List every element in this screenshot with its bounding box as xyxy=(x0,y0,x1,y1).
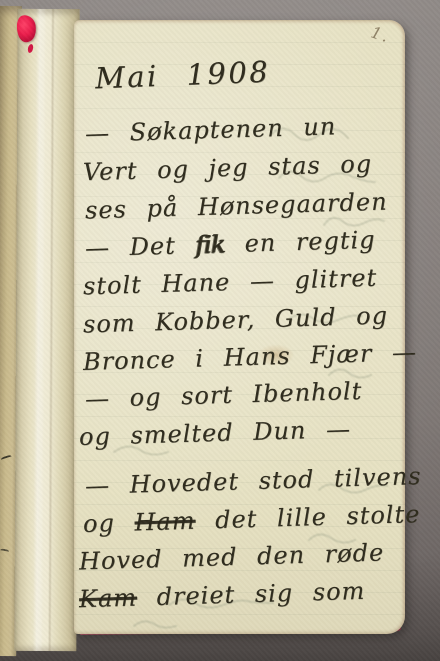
manuscript-struck-word: Kam xyxy=(79,584,138,614)
manuscript-heading: Mai 1908 xyxy=(94,55,270,96)
manuscript-text: Vert og jeg stas og xyxy=(83,150,373,187)
manuscript-text: — Det xyxy=(85,231,196,262)
notebook-page: 1. Mai 1908 — Søkaptenen un Vert og jeg … xyxy=(74,20,405,634)
manuscript-overwritten-word: fik xyxy=(195,230,225,259)
manuscript-line: og Ham det lille stolte xyxy=(83,500,421,538)
page-block-gutter xyxy=(14,9,79,651)
manuscript-line: — Det fik en regtig xyxy=(85,226,376,263)
manuscript-text: en regtig xyxy=(225,226,376,258)
manuscript-line: Bronce i Hans Fjær — xyxy=(83,338,418,376)
manuscript-struck-word: Ham xyxy=(134,507,196,537)
manuscript-line: Vert og jeg stas og xyxy=(83,150,373,187)
manuscript-line: — Søkaptenen un xyxy=(85,112,337,147)
manuscript-text: og xyxy=(83,508,135,538)
manuscript-line: Hoved med den røde xyxy=(79,538,385,575)
manuscript: Mai 1908 — Søkaptenen un Vert og jeg sta… xyxy=(74,20,405,634)
manuscript-text: Bronce i Hans Fjær — xyxy=(83,338,418,376)
manuscript-text: og smelted Dun — xyxy=(79,415,352,451)
manuscript-text: — Hovedet stod tilvens xyxy=(85,462,422,500)
notebook-photo: 1. Mai 1908 — Søkaptenen un Vert og jeg … xyxy=(0,0,440,661)
manuscript-text: — Søkaptenen un xyxy=(85,112,337,147)
manuscript-line: som Kobber, Guld og xyxy=(83,301,389,338)
manuscript-text: Mai 1908 xyxy=(94,55,270,96)
manuscript-text: — og sort Ibenholt xyxy=(85,377,363,413)
manuscript-line: og smelted Dun — xyxy=(79,415,352,451)
manuscript-text: Hoved med den røde xyxy=(79,538,385,575)
manuscript-line: Kam dreiet sig som xyxy=(79,577,366,613)
manuscript-line: — Hovedet stod tilvens xyxy=(85,462,422,500)
manuscript-text: ses på Hønsegaarden xyxy=(85,188,388,225)
manuscript-line: ses på Hønsegaarden xyxy=(85,188,388,225)
manuscript-text: stolt Hane — glitret xyxy=(83,264,378,301)
manuscript-line: — og sort Ibenholt xyxy=(85,377,363,413)
manuscript-text: det lille stolte xyxy=(195,500,421,535)
manuscript-text: dreiet sig som xyxy=(137,577,366,612)
manuscript-line: stolt Hane — glitret xyxy=(83,264,378,301)
manuscript-text: som Kobber, Guld og xyxy=(83,301,389,338)
